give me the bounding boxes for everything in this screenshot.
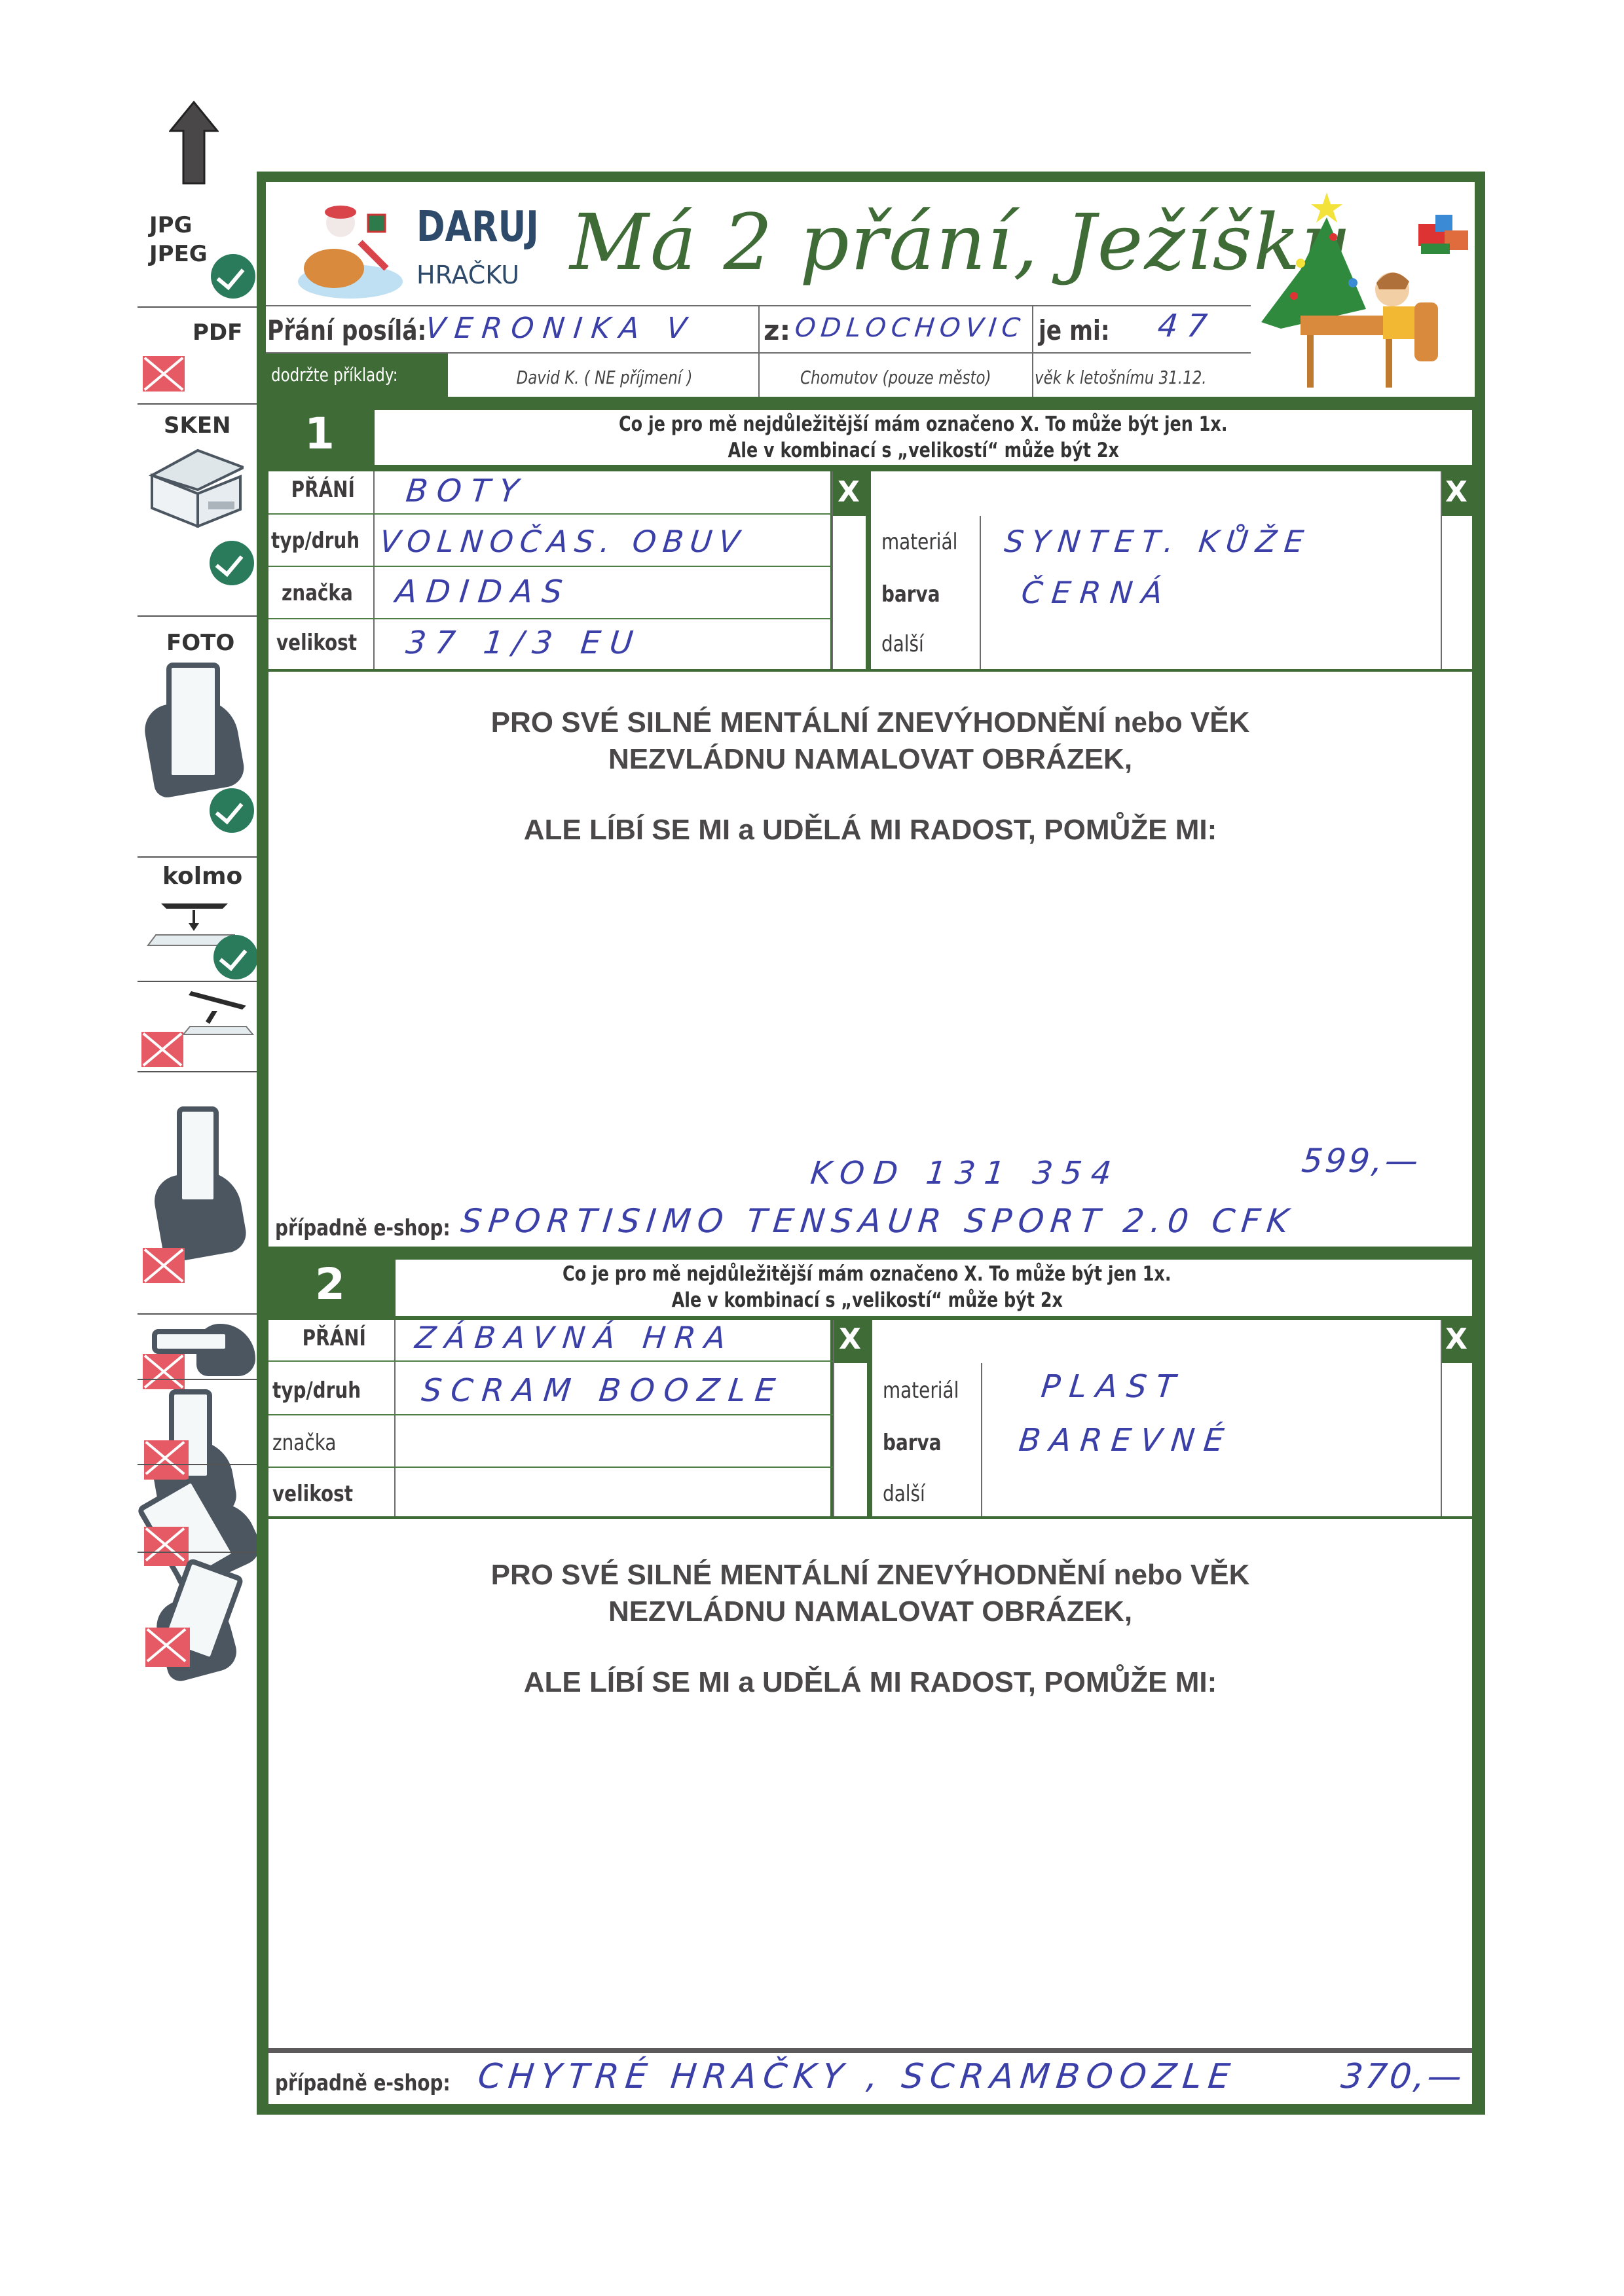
- cross-icon: [143, 1248, 185, 1283]
- instruction-text: Co je pro mě nejdůležitější mám označeno…: [375, 411, 1472, 464]
- priority-x-left[interactable]: X: [833, 1317, 867, 1362]
- example-city: Chomutov (pouze město): [760, 367, 1032, 388]
- priority-column-right[interactable]: [1441, 1363, 1472, 1516]
- mental-text-line3: ALE LÍBÍ SE MI a UDĚLÁ MI RADOST, POMŮŽE…: [268, 1664, 1472, 1701]
- material-label: materiál: [881, 529, 974, 555]
- check-icon: [211, 254, 255, 299]
- logo-daruj: DARUJ: [416, 204, 566, 250]
- mental-text-line2: NEZVLÁDNU NAMALOVAT OBRÁZEK,: [268, 741, 1472, 778]
- priority-x-right[interactable]: X: [1441, 1317, 1472, 1362]
- priority-column-right[interactable]: [1441, 516, 1472, 669]
- drawing-area[interactable]: PRO SVÉ SILNÉ MENTÁLNÍ ZNEVÝHODNĚNÍ nebo…: [268, 1519, 1472, 2048]
- examples-label: dodržte příklady:: [271, 364, 426, 386]
- priority-x-right[interactable]: X: [1441, 470, 1472, 515]
- material-value[interactable]: SYNTET. KŮŽE: [1003, 524, 1313, 559]
- cross-icon: [141, 1032, 183, 1067]
- cross-icon: [144, 1440, 189, 1480]
- wish-label: PŘÁNÍ: [275, 1325, 393, 1351]
- wish-table-right: [871, 471, 1441, 669]
- wish-label: PŘÁNÍ: [275, 477, 371, 503]
- angled-icon: [183, 987, 255, 1040]
- divider: [268, 2048, 1472, 2053]
- example-age: věk k letošnímu 31.12.: [1035, 367, 1251, 388]
- price[interactable]: 599,—: [1300, 1142, 1422, 1180]
- sidebar-label-pdf: PDF: [193, 319, 242, 346]
- type-label: typ/druh: [271, 528, 379, 554]
- scanner-icon: [145, 443, 244, 528]
- size-label: velikost: [276, 630, 375, 656]
- color-value[interactable]: ČERNÁ: [1020, 575, 1173, 610]
- phone-photo-icon: [166, 663, 220, 780]
- material-value[interactable]: PLAST: [1039, 1368, 1186, 1405]
- mental-text-line3: ALE LÍBÍ SE MI a UDĚLÁ MI RADOST, POMŮŽE…: [268, 812, 1472, 848]
- priority-x-left[interactable]: X: [832, 470, 866, 515]
- product-code[interactable]: KOD 131 354: [809, 1155, 1122, 1192]
- wish-value[interactable]: ZÁBAVNÁ HRA: [413, 1320, 736, 1355]
- cross-icon: [144, 1527, 189, 1566]
- up-arrow-icon: [169, 100, 219, 186]
- type-value[interactable]: VOLNOČAS. OBUV: [378, 524, 748, 559]
- type-value[interactable]: SCRAM BOOZLE: [420, 1372, 786, 1409]
- logo-hracku: HRAČKU: [416, 261, 519, 289]
- sidebar-label-foto: FOTO: [166, 630, 234, 656]
- christmas-tree-illustration-icon: [1255, 185, 1477, 401]
- brand-label: značka: [272, 1430, 350, 1456]
- cross-icon: [143, 356, 185, 392]
- phone-tilted-icon: [177, 1106, 219, 1205]
- phone-landscape-icon: [152, 1329, 231, 1354]
- other-label: další: [883, 1481, 934, 1507]
- wish-table-right: [872, 1320, 1441, 1516]
- example-name: David K. ( NE příjmení ): [451, 367, 758, 388]
- sender-age-value[interactable]: 47: [1156, 308, 1218, 344]
- instruction-text: Co je pro mě nejdůležitější mám označeno…: [396, 1261, 1338, 1313]
- priority-column-left[interactable]: [833, 1363, 867, 1516]
- sender-city-value[interactable]: ODLOCHOVIC: [794, 313, 1027, 343]
- price[interactable]: 370,—: [1339, 2057, 1466, 2096]
- type-label: typ/druh: [272, 1377, 380, 1404]
- page-title: Má 2 přání, Ježíšku: [570, 196, 1352, 288]
- sender-name-value[interactable]: VERONIKA V: [424, 312, 697, 345]
- sidebar-label-jpg: JPG JPEG: [149, 211, 208, 268]
- check-icon: [213, 935, 258, 979]
- sidebar-label-kolmo: kolmo: [162, 863, 242, 890]
- size-value[interactable]: 37 1/3 EU: [404, 625, 644, 661]
- check-icon: [210, 788, 254, 833]
- sidebar-label-sken: SKEN: [164, 412, 231, 439]
- color-label: barva: [883, 1430, 954, 1456]
- mental-text-line1: PRO SVÉ SILNÉ MENTÁLNÍ ZNEVÝHODNĚNÍ nebo…: [268, 704, 1472, 741]
- wish-number: 1: [266, 405, 373, 464]
- color-value[interactable]: BAREVNÉ: [1017, 1422, 1234, 1459]
- eshop-value[interactable]: SPORTISIMO TENSAUR SPORT 2.0 CFK: [459, 1202, 1297, 1240]
- material-label: materiál: [883, 1377, 976, 1404]
- eshop-label: případně e-shop:: [275, 2070, 489, 2096]
- brand-label: značka: [282, 580, 369, 606]
- eshop-value[interactable]: CHYTRÉ HRAČKY , SCRAMBOOZLE: [476, 2057, 1238, 2096]
- sender-age-label: je mi:: [1039, 314, 1125, 346]
- other-label: další: [881, 631, 933, 657]
- size-label: velikost: [272, 1481, 371, 1507]
- cross-icon: [143, 1354, 185, 1389]
- cross-icon: [145, 1628, 190, 1667]
- mental-text-line1: PRO SVÉ SILNÉ MENTÁLNÍ ZNEVÝHODNĚNÍ nebo…: [268, 1557, 1472, 1594]
- mental-text-line2: NEZVLÁDNU NAMALOVAT OBRÁZEK,: [268, 1594, 1472, 1630]
- priority-column-left[interactable]: [832, 516, 866, 669]
- eshop-label: případně e-shop:: [275, 1215, 489, 1241]
- check-icon: [210, 541, 254, 585]
- wish-value[interactable]: BOTY: [404, 473, 529, 509]
- brand-value[interactable]: ADIDAS: [394, 574, 573, 610]
- color-label: barva: [881, 581, 953, 608]
- santa-logo-icon: [295, 196, 406, 301]
- wish-number: 2: [266, 1254, 394, 1315]
- sender-city-label: z:: [764, 314, 790, 346]
